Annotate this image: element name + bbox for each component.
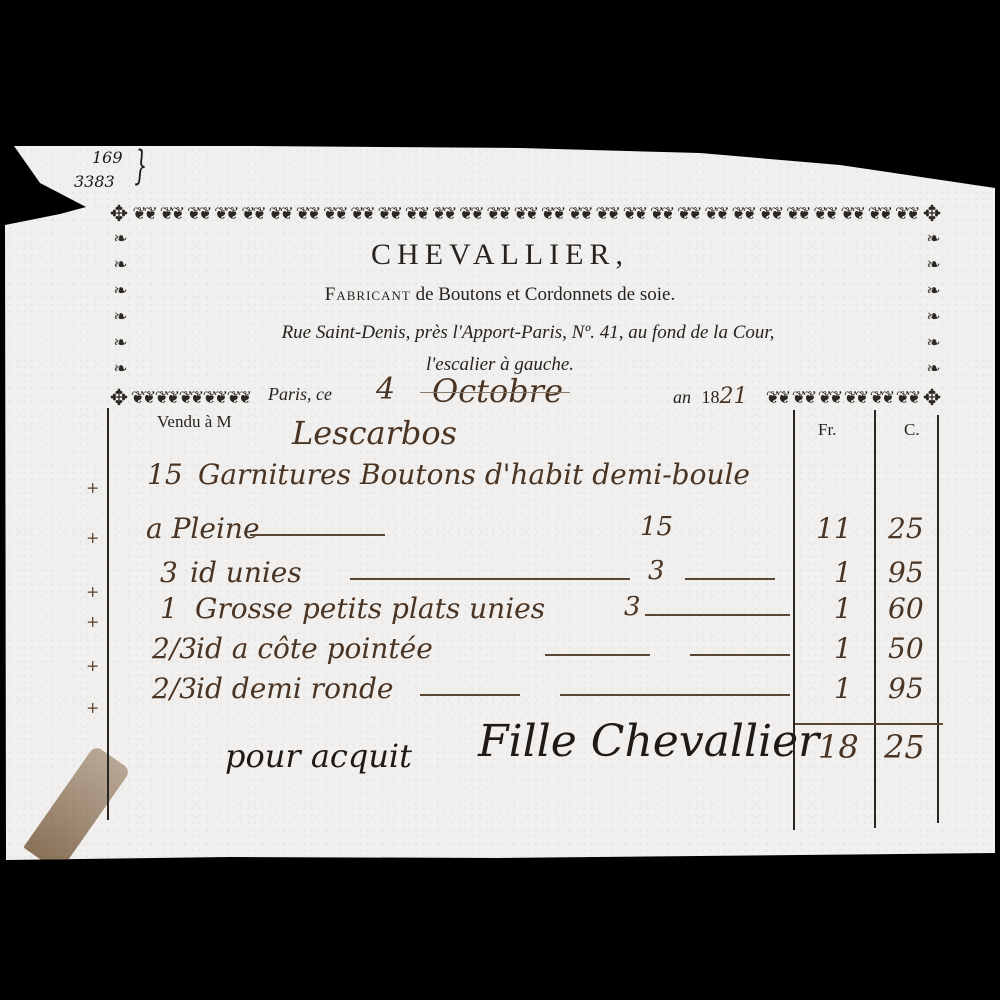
item-unit-price: 3 <box>648 556 665 586</box>
archive-number-1: 169 <box>92 148 123 167</box>
margin-tick: + <box>86 478 99 497</box>
laurel-leaf-icon: ❦❦ <box>566 205 593 223</box>
item-centimes: 95 <box>888 556 924 589</box>
ornament-corner-bottom-left: ✥ <box>108 387 130 409</box>
right-column-rule <box>937 415 939 823</box>
ornament-border-bottom-left: ❦❦❦❦❦❦❦❦❦❦ <box>130 387 250 409</box>
laurel-leaf-icon: ❦❦ <box>402 205 429 223</box>
laurel-leaf-icon: ❦❦ <box>375 205 402 223</box>
leader-line <box>645 614 790 616</box>
laurel-leaf-icon: ❦❦ <box>894 389 920 407</box>
laurel-leaf-icon: ❦❦ <box>729 205 756 223</box>
item-quantity: 15 <box>147 458 183 491</box>
laurel-leaf-icon: ❦❦ <box>457 205 484 223</box>
laurel-leaf-icon: ❦❦ <box>647 205 674 223</box>
laurel-leaf-icon: ❦❦ <box>865 205 892 223</box>
merchant-address: Rue Saint-Denis, près l'Apport-Paris, Nº… <box>0 322 1000 344</box>
merchant-trade: Fabricant de Boutons et Cordonnets de so… <box>0 284 1000 306</box>
leader-line <box>690 654 790 656</box>
laurel-leaf-icon: ❦❦ <box>893 205 920 223</box>
ornament-corner-bottom-right: ✥ <box>921 387 943 409</box>
date-day: 4 <box>376 372 395 407</box>
date-month: Octobre <box>432 372 563 410</box>
item-quantity: 1 <box>160 592 178 625</box>
total-centimes: 25 <box>884 728 925 766</box>
total-francs: 18 <box>818 728 859 766</box>
archive-number-2: 3383 <box>74 172 115 191</box>
ink-stain <box>23 745 131 873</box>
item-description: a Pleine <box>146 512 260 545</box>
laurel-leaf-icon: ❦❦ <box>202 389 226 407</box>
item-centimes: 60 <box>888 592 924 625</box>
laurel-leaf-icon: ❦❦ <box>620 205 647 223</box>
item-francs: 1 <box>834 556 852 589</box>
laurel-leaf-icon: ❦❦ <box>593 205 620 223</box>
centimes-column-rule <box>874 410 876 828</box>
laurel-leaf-icon: ❦❦ <box>784 205 811 223</box>
archive-brace: } <box>134 146 147 186</box>
laurel-leaf-icon: ❦❦ <box>868 389 894 407</box>
item-unit-price: 15 <box>640 512 673 542</box>
item-unit-price: 3 <box>624 592 641 622</box>
laurel-leaf-icon: ❧ <box>921 382 943 386</box>
laurel-leaf-icon: ❦❦ <box>790 389 816 407</box>
item-francs: 11 <box>816 512 852 545</box>
margin-tick: + <box>86 698 99 717</box>
acknowledgement-text: pour acquit <box>225 737 412 775</box>
year-printed: 18 <box>702 387 720 407</box>
item-centimes: 95 <box>888 672 924 705</box>
leader-line <box>560 694 790 696</box>
item-quantity: 2/3 <box>152 632 197 665</box>
item-description: id demi ronde <box>196 672 393 705</box>
item-centimes: 25 <box>888 512 924 545</box>
item-description: Grosse petits plats unies <box>195 592 545 625</box>
date-rule <box>420 392 570 393</box>
laurel-leaf-icon: ❦❦ <box>511 205 538 223</box>
margin-tick: + <box>86 528 99 547</box>
item-quantity: 3 <box>160 556 178 589</box>
laurel-leaf-icon: ❦❦ <box>811 205 838 223</box>
francs-header: Fr. <box>818 420 836 440</box>
customer-name: Lescarbos <box>292 414 457 452</box>
laurel-leaf-icon: ❦❦ <box>321 205 348 223</box>
laurel-leaf-icon: ❦❦ <box>816 389 842 407</box>
year-label-text: an <box>673 387 691 407</box>
left-margin-rule <box>107 408 109 820</box>
year-written: 21 <box>720 384 748 409</box>
sold-to-label: Vendu à M <box>157 412 232 432</box>
ornament-corner-top-right: ✥ <box>921 203 943 225</box>
laurel-leaf-icon: ❦❦ <box>675 205 702 223</box>
ornament-corner-top-left: ✥ <box>108 203 130 225</box>
laurel-leaf-icon: ❦❦ <box>764 389 790 407</box>
laurel-leaf-icon: ❦❦ <box>212 205 239 223</box>
laurel-leaf-icon: ❧ <box>108 382 130 386</box>
year-label: an 1821 <box>673 384 748 409</box>
leader-line <box>685 578 775 580</box>
laurel-leaf-icon: ❦❦ <box>293 205 320 223</box>
laurel-leaf-icon: ❦❦ <box>154 389 178 407</box>
ornament-border-bottom-right: ❦❦❦❦❦❦❦❦❦❦❦❦ <box>764 387 920 409</box>
item-description: id unies <box>190 556 302 589</box>
merchant-name: CHEVALLIER, <box>0 238 1000 272</box>
laurel-leaf-icon: ❦❦ <box>702 205 729 223</box>
francs-column-rule <box>793 410 795 830</box>
item-description: Garnitures Boutons d'habit demi-boule <box>198 458 750 491</box>
trade-description: de Boutons et Cordonnets de soie. <box>411 284 675 305</box>
laurel-leaf-icon: ❦❦ <box>130 389 154 407</box>
ornament-border-top: ❦❦❦❦❦❦❦❦❦❦❦❦❦❦❦❦❦❦❦❦❦❦❦❦❦❦❦❦❦❦❦❦❦❦❦❦❦❦❦❦… <box>130 203 920 225</box>
trade-prefix: Fabricant <box>325 284 411 305</box>
laurel-leaf-icon: ❦❦ <box>756 205 783 223</box>
laurel-leaf-icon: ❦❦ <box>226 389 250 407</box>
item-francs: 1 <box>834 672 852 705</box>
item-francs: 1 <box>834 592 852 625</box>
laurel-leaf-icon: ❦❦ <box>184 205 211 223</box>
laurel-leaf-icon: ❦❦ <box>842 389 868 407</box>
laurel-leaf-icon: ❦❦ <box>838 205 865 223</box>
laurel-leaf-icon: ❦❦ <box>539 205 566 223</box>
leader-line <box>250 534 385 536</box>
invoice-paper <box>0 0 1000 1000</box>
item-francs: 1 <box>834 632 852 665</box>
leader-line <box>545 654 650 656</box>
laurel-leaf-icon: ❦❦ <box>348 205 375 223</box>
laurel-leaf-icon: ❦❦ <box>484 205 511 223</box>
laurel-leaf-icon: ❦❦ <box>430 205 457 223</box>
leader-line <box>350 578 630 580</box>
laurel-leaf-icon: ❦❦ <box>130 205 157 223</box>
laurel-leaf-icon: ❦❦ <box>178 389 202 407</box>
centimes-header: C. <box>904 420 920 440</box>
laurel-leaf-icon: ❦❦ <box>239 205 266 223</box>
item-centimes: 50 <box>888 632 924 665</box>
margin-tick: + <box>86 656 99 675</box>
item-quantity: 2/3 <box>152 672 197 705</box>
margin-tick: + <box>86 582 99 601</box>
laurel-leaf-icon: ❦❦ <box>266 205 293 223</box>
place-label: Paris, ce <box>268 384 332 405</box>
leader-line <box>420 694 520 696</box>
laurel-leaf-icon: ❦❦ <box>157 205 184 223</box>
item-description: id a côte pointée <box>196 632 433 665</box>
margin-tick: + <box>86 612 99 631</box>
signature: Fille Chevallier <box>478 716 819 767</box>
